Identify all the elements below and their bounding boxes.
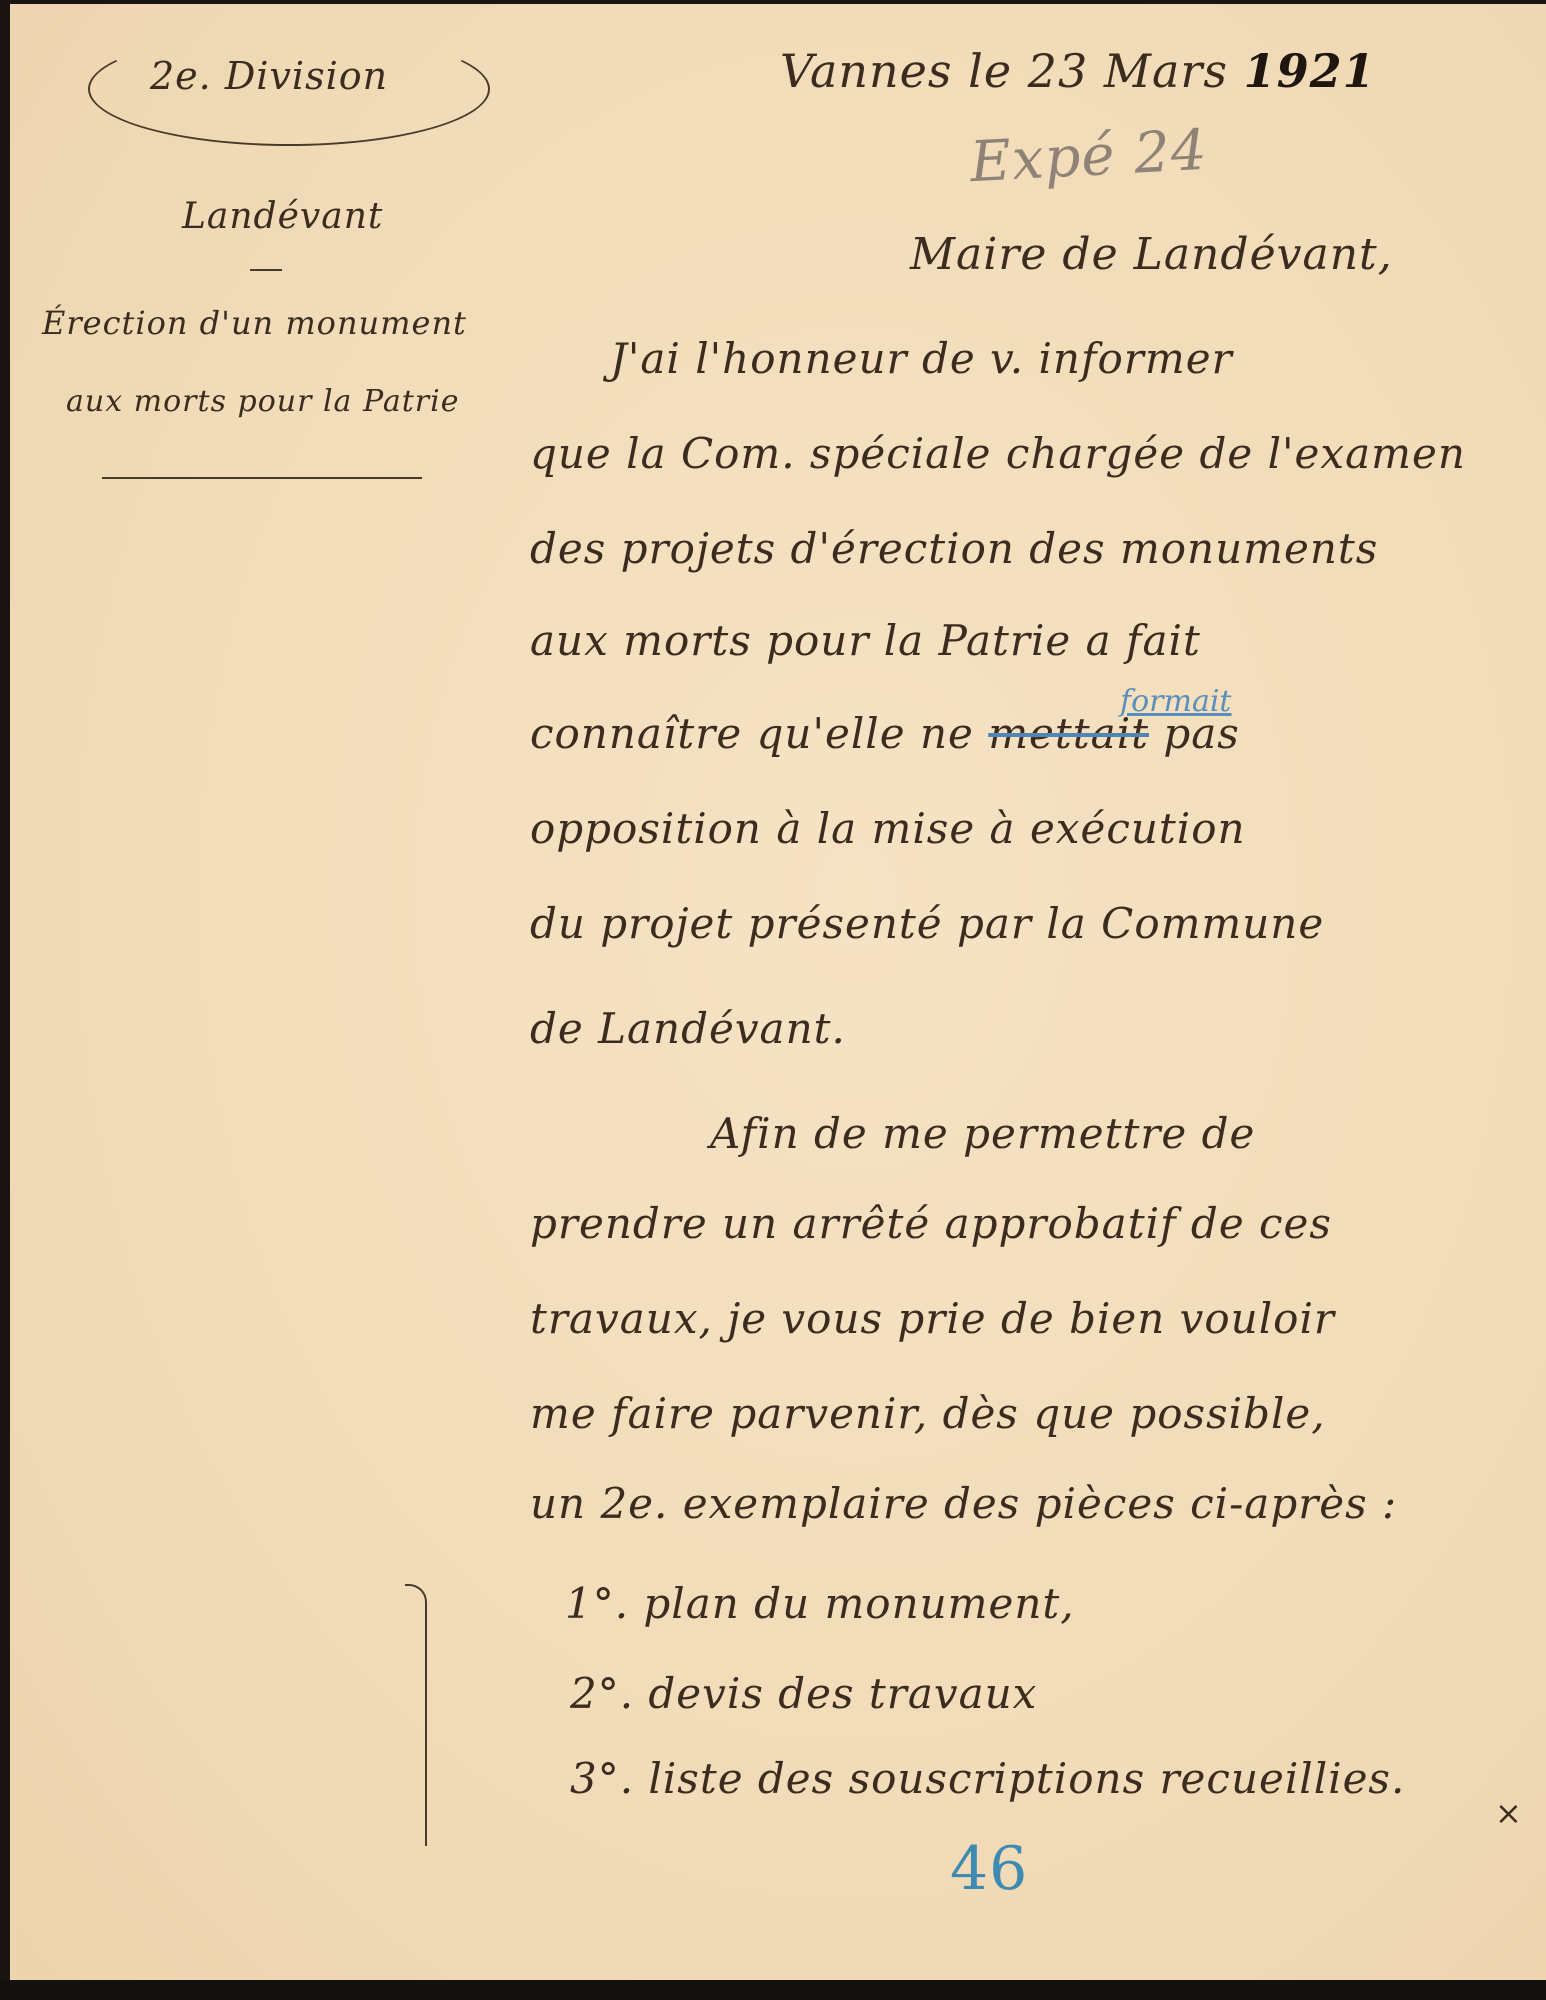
scan-edge [0,1980,1546,2000]
letter-page: 2e. Division Landévant Érection d'un mon… [10,4,1546,1984]
division-label: 2e. Division [150,54,388,98]
commune-name: Landévant [182,196,383,237]
body-line: aux morts pour la Patrie a fait [530,616,1201,665]
margin-bracket-mark [405,1584,427,1846]
list-item: 2°. devis des travaux [570,1669,1037,1718]
body-line: de Landévant. [530,1004,846,1053]
subject-line-2: aux morts pour la Patrie [66,384,459,419]
body-line: du projet présenté par la Commune [530,899,1324,948]
margin-rule [102,477,422,479]
addressee: Maire de Landévant, [910,229,1393,280]
paragraph2-line: prendre un arrêté approbatif de ces [530,1199,1332,1248]
list-item: 1°. plan du monument, [565,1579,1075,1628]
body-line: opposition à la mise à exécution [530,804,1246,853]
cross-mark: × [1495,1794,1522,1832]
subject-line-1: Érection d'un monument [42,304,467,342]
paragraph2-line: travaux, je vous prie de bien vouloir [530,1294,1335,1343]
struck-word: mettait [988,709,1149,758]
paragraph2-line: me faire parvenir, dès que possible, [530,1389,1326,1438]
paragraph2-line: un 2e. exemplaire des pièces ci-après : [530,1479,1397,1528]
pencil-annotation: Expé 24 [968,118,1209,195]
place-date: Vannes le 23 Mars 1921 [780,44,1376,98]
body-text: connaître qu'elle ne [530,709,988,758]
body-line: des projets d'érection des monuments [530,524,1378,573]
place-date-text: Vannes le 23 Mars [780,44,1228,98]
paragraph2-line: Afin de me permettre de [710,1109,1255,1158]
body-text: pas [1149,709,1240,758]
folio-number: 46 [950,1834,1028,1904]
year: 1921 [1244,44,1376,98]
list-item: 3°. liste des souscriptions recueillies. [570,1754,1405,1803]
body-line-with-correction: connaître qu'elle ne mettait pas [530,709,1240,758]
body-line: que la Com. spéciale chargée de l'examen [530,429,1466,478]
margin-dash [250,269,282,271]
body-line: J'ai l'honneur de v. informer [610,334,1233,383]
